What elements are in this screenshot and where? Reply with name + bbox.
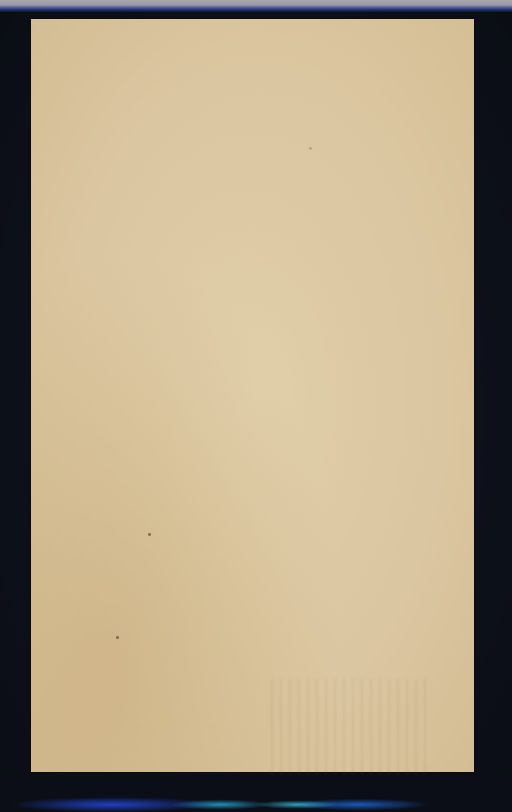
paper-speck	[148, 533, 151, 536]
scanner-lid-glare	[0, 0, 512, 12]
blank-card	[31, 19, 474, 772]
paper-speck	[309, 147, 312, 150]
scanner-light-reflection	[0, 775, 512, 812]
paper-speck	[116, 636, 119, 639]
ink-show-through	[271, 679, 431, 779]
